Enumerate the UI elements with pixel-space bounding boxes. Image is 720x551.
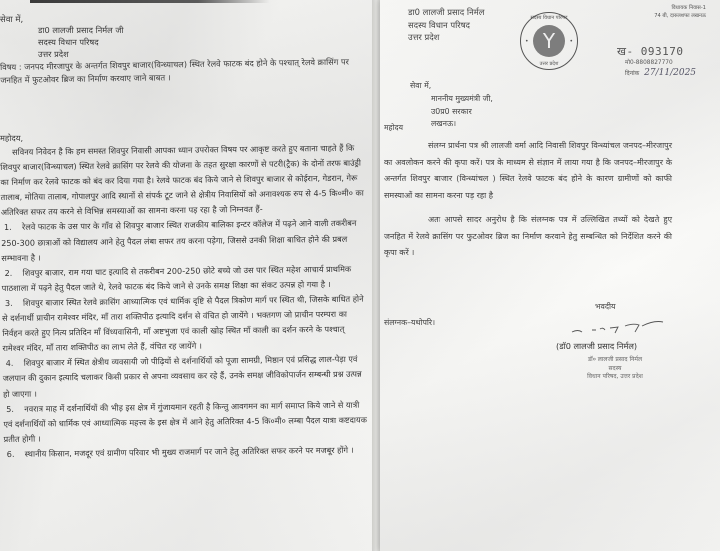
seal-bottom-text: उत्तर प्रदेश: [521, 61, 577, 67]
point-text: नवरात्र माह में दर्शनार्थियों की भीड़ इस…: [3, 399, 367, 444]
point-text: रेलवे फाटक के उस पार के गाँव से शिवपुर ब…: [1, 218, 356, 263]
addressee-line: माननीय मुख्यमंत्री जी,: [431, 93, 493, 106]
stamp-line: डॉ० लालजी प्रसाद निर्मल: [580, 356, 650, 365]
point-item: 5.नवरात्र माह में दर्शनार्थियों की भीड़ …: [3, 397, 369, 447]
point-number: 4.: [3, 356, 24, 371]
seal-dot-icon: •: [525, 38, 529, 45]
sender-block: डा0 लालजी प्रसाद निर्मल सदस्य विधान परिष…: [408, 6, 484, 44]
subject-line: विषय : जनपद मीरजापुर के अन्तर्गत शिवपुर …: [0, 55, 360, 87]
sender-line: उत्तर प्रदेश: [408, 31, 484, 44]
salutation-to: सेवा में,: [0, 14, 23, 25]
point-number: 2.: [1, 265, 22, 280]
point-item: 6.स्थानीय किसान, मजदूर एवं ग्रामीण परिवा…: [4, 442, 369, 462]
salutation-to: सेवा में,: [410, 81, 431, 91]
designation-stamp: डॉ० लालजी प्रसाद निर्मल सदस्य विधान परिष…: [580, 356, 650, 382]
point-item: 3.शिवपुर बाजार स्थित रेलवे क्रासिंग आध्य…: [2, 291, 368, 356]
residence-line: 74 बी, दारुलशफा लखनऊ: [654, 12, 706, 20]
enclosure-note: संलग्नक–यथोपरि।: [384, 318, 435, 328]
point-item: 4.शिवपुर बाजार में स्थित क्षेत्रीय व्यवस…: [3, 352, 369, 402]
point-text: स्थानीय किसान, मजदूर एवं ग्रामीण परिवार …: [25, 445, 354, 459]
stamp-line: विधान परिषद, उत्तर प्रदेश: [580, 373, 650, 382]
addressee-block: माननीय मुख्यमंत्री जी, उ0प्र0 सरकार लखनऊ…: [431, 93, 493, 131]
body-paragraph: संलग्न प्रार्थना पत्र श्री लालजी वर्मा आ…: [384, 138, 672, 204]
point-item: 1.रेलवे फाटक के उस पार के गाँव से शिवपुर…: [1, 216, 367, 266]
addressee-line: डा0 लालजी प्रसाद निर्मल जी: [38, 24, 124, 36]
point-number: 6.: [4, 447, 25, 462]
handwritten-signature-icon: [570, 320, 665, 336]
residence-address: विधायक निवास-1 74 बी, दारुलशफा लखनऊ: [654, 4, 706, 20]
seal-top-text: सदस्य विधान परिषद: [521, 15, 577, 21]
official-seal: सदस्य विधान परिषद • • Y उत्तर प्रदेश: [520, 12, 578, 70]
letter-body: संलग्न प्रार्थना पत्र श्री लालजी वर्मा आ…: [384, 138, 672, 270]
petition-letter-page: सेवा में, डा0 लालजी प्रसाद निर्मल जी सदस…: [0, 0, 372, 551]
sender-line: सदस्य विधान परिषद: [408, 19, 484, 32]
date-label: दिनांक: [625, 70, 639, 77]
point-number: 1.: [1, 220, 22, 235]
sender-line: डा0 लालजी प्रसाद निर्मल: [408, 6, 484, 19]
state-emblem-icon: Y: [533, 25, 565, 57]
forwarding-letter-page: डा0 लालजी प्रसाद निर्मल सदस्य विधान परिष…: [380, 0, 720, 551]
residence-line: विधायक निवास-1: [654, 4, 706, 12]
point-number: 5.: [3, 401, 24, 416]
signatory-name: (डॉ0 लालजी प्रसाद निर्मल): [556, 341, 637, 352]
page-edge-shadow: [30, 0, 270, 3]
point-text: शिवपुर बाजार में स्थित क्षेत्रीय व्यवसाय…: [3, 354, 362, 399]
addressee-line: लखनऊ।: [431, 118, 493, 131]
closing: भवदीय: [595, 302, 616, 312]
serial-number: ख- 093170: [617, 44, 683, 59]
greeting: महोदय,: [0, 133, 23, 144]
greeting: महोदय: [384, 123, 403, 133]
addressee-line: उ0प्र0 सरकार: [431, 106, 493, 119]
body-paragraph: अतः आपसे सादर अनुरोध है कि संलग्नक पत्र …: [384, 212, 672, 262]
seal-dot-icon: •: [569, 38, 573, 45]
point-number: 3.: [2, 296, 23, 311]
page-divider: [372, 0, 380, 551]
point-item: 2.शिवपुर बाजार, राम गया घाट इत्यादि से त…: [1, 261, 366, 296]
point-text: शिवपुर बाजार स्थित रेलवे क्रासिंग आध्यात…: [2, 294, 364, 354]
emblem-glyph: Y: [533, 25, 565, 57]
addressee-line: सदस्य विधान परिषद: [38, 36, 124, 48]
addressee-line: उत्तर प्रदेश: [38, 48, 124, 60]
stamp-line: सदस्य: [580, 365, 650, 374]
point-text: शिवपुर बाजार, राम गया घाट इत्यादि से तकर…: [2, 263, 351, 292]
addressee-block: डा0 लालजी प्रसाद निर्मल जी सदस्य विधान प…: [38, 24, 124, 60]
date-field: दिनांक 27/11/2025: [625, 68, 696, 78]
letter-body: सविनय निवेदन है कि हम समस्त शिवपुर निवास…: [0, 141, 369, 462]
intro-paragraph: सविनय निवेदन है कि हम समस्त शिवपुर निवास…: [0, 141, 366, 221]
mobile-number: मो0-8808827770: [625, 58, 673, 66]
date-value: 27/11/2025: [644, 68, 696, 78]
